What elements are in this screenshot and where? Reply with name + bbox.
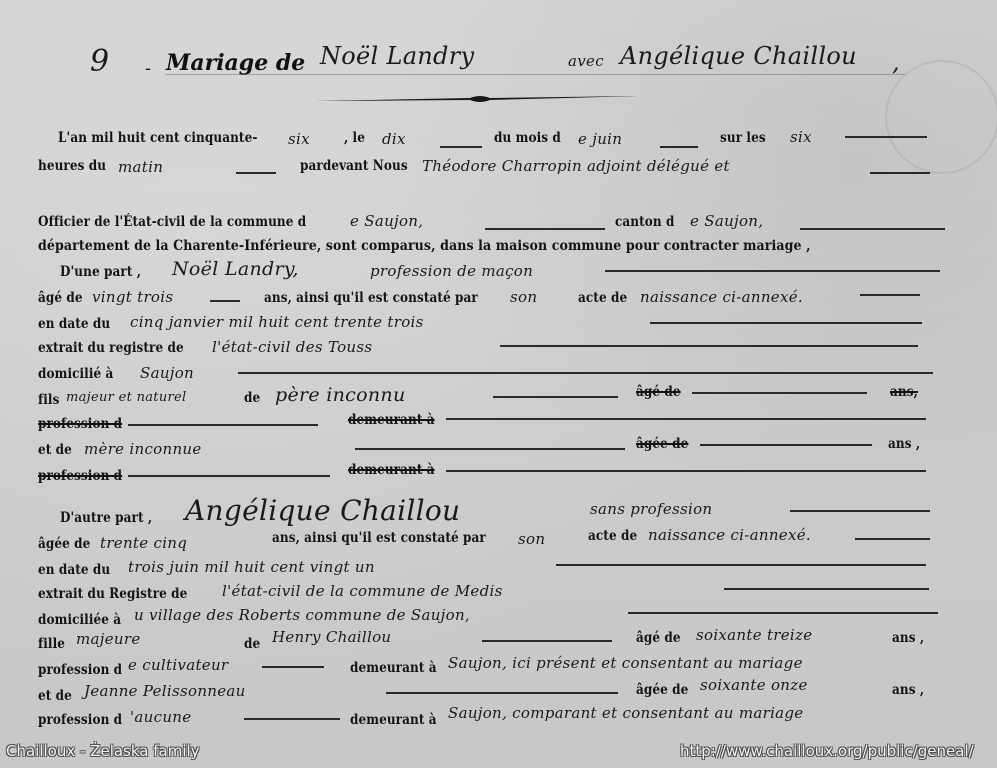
blank	[650, 322, 922, 324]
l12-p2: âgée de	[636, 436, 688, 452]
blank	[700, 444, 872, 446]
blank	[244, 718, 340, 720]
l6-p1: âgé de	[38, 290, 83, 306]
l20-h1: e cultivateur	[128, 656, 228, 674]
l16-h1: trois juin mil huit cent vingt un	[128, 558, 375, 576]
blank	[855, 538, 930, 540]
l21-h1: Jeanne Pelissonneau	[84, 682, 246, 700]
l14-h2: sans profession	[590, 500, 712, 518]
l19-p3: âgé de	[636, 630, 681, 646]
blank	[355, 448, 625, 450]
l10-p3: âgé de	[636, 384, 681, 400]
l7-p1: en date du	[38, 316, 110, 332]
l20-p2: demeurant à	[350, 660, 437, 676]
blank	[692, 392, 867, 394]
l16-p1: en date du	[38, 562, 110, 578]
l21-p2: âgée de	[636, 682, 688, 698]
l6-h2: son	[510, 288, 537, 306]
title-groom: Noël Landry	[320, 42, 474, 70]
blank	[790, 510, 930, 512]
l15-p3: acte de	[588, 528, 637, 544]
blank	[210, 300, 240, 302]
l19-h3: soixante treize	[696, 626, 812, 644]
l6-h1: vingt trois	[92, 288, 173, 306]
l18-p1: domiciliée à	[38, 612, 121, 628]
l7-h1: cinq janvier mil huit cent trente trois	[130, 313, 424, 331]
blank	[660, 146, 698, 148]
l10-p1: fils	[38, 392, 59, 408]
l19-p1: fille	[38, 636, 65, 652]
l1-h2: dix	[382, 130, 406, 148]
title-baseline	[165, 74, 905, 75]
blank	[860, 294, 920, 296]
watermark-family: Chailloux - Żelaska family	[6, 742, 200, 760]
l1-p2: , le	[344, 130, 365, 146]
title-bride: Angélique Chaillou	[620, 42, 857, 70]
l3-p1: Officier de l'État-civil de la commune d	[38, 214, 306, 230]
l19-p4: ans ,	[892, 630, 924, 646]
l8-p1: extrait du registre de	[38, 340, 184, 356]
l22-h2: Saujon, comparant et consentant au maria…	[448, 704, 803, 722]
l15-p2: ans, ainsi qu'il est constaté par	[272, 530, 486, 546]
blank	[605, 270, 940, 272]
l13-p1: profession d	[38, 468, 122, 484]
blank	[446, 470, 926, 472]
l11-p2: demeurant à	[348, 412, 435, 428]
l6-p3: acte de	[578, 290, 627, 306]
l1-h3: e juin	[578, 130, 622, 148]
entry-number: 9	[90, 44, 109, 79]
l12-p1: et de	[38, 442, 72, 458]
l12-h1: mère inconnue	[84, 440, 202, 458]
l15-h1: trente cinq	[100, 534, 187, 552]
blank	[724, 588, 929, 590]
l21-p1: et de	[38, 688, 72, 704]
l9-h1: Saujon	[140, 364, 194, 382]
l3-p2: canton d	[615, 214, 675, 230]
l5-h1: Noël Landry,	[172, 258, 299, 280]
l12-p3: ans ,	[888, 436, 920, 452]
l11-p1: profession d	[38, 416, 122, 432]
entry-dash: -	[145, 58, 151, 79]
l14-p1: D'autre part ,	[60, 510, 152, 526]
l10-h1: majeur et naturel	[66, 390, 186, 405]
blank	[386, 692, 618, 694]
l17-h1: l'état-civil de la commune de Medis	[222, 582, 503, 600]
blank	[845, 136, 927, 138]
blank	[128, 424, 318, 426]
l19-p2: de	[244, 636, 260, 652]
l4-p1: département de la Charente-Inférieure, s…	[38, 238, 811, 254]
l19-h1: majeure	[76, 630, 141, 648]
l8-h1: l'état-civil des Touss	[212, 338, 372, 356]
faded-stamp	[885, 60, 997, 174]
l10-p2: de	[244, 390, 260, 406]
l2-p1: heures du	[38, 158, 106, 174]
l6-p2: ans, ainsi qu'il est constaté par	[264, 290, 478, 306]
blank	[800, 228, 945, 230]
l6-h3: naissance ci-annexé.	[640, 288, 803, 306]
blank	[446, 418, 926, 420]
l9-p1: domicilié à	[38, 366, 113, 382]
l20-h2: Saujon, ici présent et consentant au mar…	[448, 654, 803, 672]
l3-h1: e Saujon,	[350, 212, 423, 230]
l1-p4: sur les	[720, 130, 766, 146]
blank	[236, 172, 276, 174]
marriage-record-page: 9 - Mariage de Noël Landry avec Angéliqu…	[0, 0, 997, 768]
l22-h1: 'aucune	[130, 708, 191, 726]
blank	[500, 345, 918, 347]
l1-h1: six	[288, 130, 310, 148]
blank	[262, 666, 324, 668]
blank	[482, 640, 612, 642]
blank	[870, 172, 930, 174]
l1-h4: six	[790, 128, 812, 146]
l22-p1: profession d	[38, 712, 122, 728]
watermark-url: http://www.chailloux.org/public/geneal/	[680, 742, 974, 760]
blank	[440, 146, 482, 148]
blank	[556, 564, 926, 566]
blank	[128, 475, 330, 477]
title-trailing: ,	[892, 48, 900, 76]
l15-h2: son	[518, 530, 545, 548]
l19-h2: Henry Chaillou	[272, 628, 391, 646]
l1-p3: du mois d	[494, 130, 561, 146]
l10-h2: père inconnu	[275, 384, 405, 406]
l21-h2: soixante onze	[700, 676, 808, 694]
l20-p1: profession d	[38, 662, 122, 678]
blank	[238, 372, 933, 374]
l18-h1: u village des Roberts commune de Saujon,	[134, 606, 470, 624]
l17-p1: extrait du Registre de	[38, 586, 187, 602]
blank	[485, 228, 605, 230]
l5-p1: D'une part ,	[60, 264, 141, 280]
l15-h3: naissance ci-annexé.	[648, 526, 811, 544]
l3-h2: e Saujon,	[690, 212, 763, 230]
blank	[628, 612, 938, 614]
l13-p2: demeurant à	[348, 462, 435, 478]
title-printed: Mariage de	[166, 50, 305, 76]
decorative-rule	[310, 92, 650, 106]
l2-p2: pardevant Nous	[300, 158, 408, 174]
blank	[493, 396, 618, 398]
l15-p1: âgée de	[38, 536, 90, 552]
l21-p3: ans ,	[892, 682, 924, 698]
l22-p2: demeurant à	[350, 712, 437, 728]
l2-h2: Théodore Charropin adjoint délégué et	[422, 157, 730, 175]
l14-h1: Angélique Chaillou	[185, 494, 460, 527]
title-connector: avec	[568, 52, 604, 70]
l2-h1: matin	[118, 158, 163, 176]
l5-h2: profession de maçon	[370, 262, 533, 280]
l10-p4: ans,	[890, 384, 918, 400]
l1-p1: L'an mil huit cent cinquante-	[58, 130, 257, 146]
